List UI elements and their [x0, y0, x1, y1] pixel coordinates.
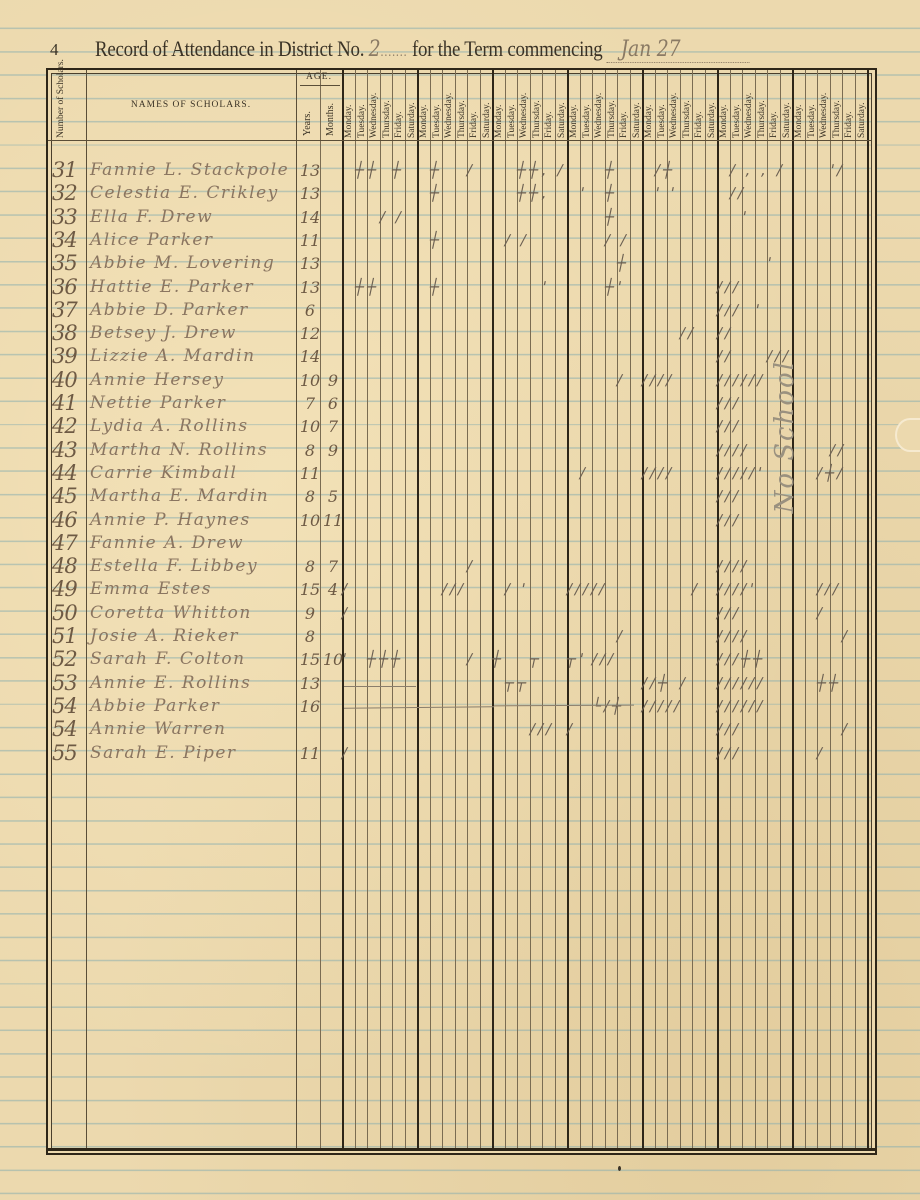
- age-months: 7: [322, 417, 344, 436]
- day-header-monday: Monday.: [643, 74, 655, 138]
- title-dots: .......: [380, 45, 407, 60]
- age-years: 6: [298, 301, 322, 320]
- age-years: 15: [298, 650, 322, 669]
- attendance-tally-mark: └/┼: [590, 697, 626, 715]
- scholar-name: Martha N. Rollins: [90, 440, 300, 460]
- attendance-tally-mark: ///: [715, 720, 743, 738]
- scholar-number: 42: [52, 414, 90, 438]
- attendance-tally-mark: ┬': [565, 650, 588, 668]
- scholar-name: Nettie Parker: [90, 393, 300, 413]
- scholar-row: 37Abbie D. Parker6: [48, 300, 871, 323]
- scholar-number: 31: [52, 158, 90, 182]
- attendance-tally-mark: ┼┼: [515, 184, 543, 202]
- age-header-rule: [300, 85, 340, 86]
- header-years: Years.: [302, 92, 316, 136]
- scholar-name: Estella F. Libbey: [90, 556, 300, 576]
- attendance-tally-mark: ┬┬: [503, 674, 531, 692]
- attendance-tally-mark: /////: [565, 580, 609, 598]
- scholar-number: 47: [52, 531, 90, 555]
- age-years: 13: [298, 184, 322, 203]
- day-header-tuesday: Tuesday.: [431, 74, 443, 138]
- day-header-thursday: Thursday.: [756, 74, 768, 138]
- age-months: 9: [322, 371, 344, 390]
- attendance-tally-mark: / ': [503, 580, 530, 598]
- day-header-saturday: Saturday.: [481, 74, 493, 138]
- scholar-number: 37: [52, 298, 90, 322]
- age-years: 10: [298, 417, 322, 436]
- day-header-wednesday: Wednesday.: [818, 74, 830, 138]
- ink-spot: [618, 1166, 621, 1171]
- day-header-tuesday: Tuesday.: [581, 74, 593, 138]
- age-years: 12: [298, 324, 322, 343]
- page-title: Record of Attendance in District No. 2..…: [95, 36, 750, 63]
- scholar-number: 51: [52, 624, 90, 648]
- day-header-wednesday: Wednesday.: [518, 74, 530, 138]
- attendance-tally-mark: ///: [715, 394, 743, 412]
- scholar-row: 42Lydia A. Rollins107: [48, 416, 871, 439]
- attendance-tally-mark: ////: [715, 441, 751, 459]
- attendance-tally-mark: ┼': [603, 278, 626, 296]
- page-number: 4: [50, 40, 59, 60]
- age-months: 9: [322, 441, 344, 460]
- header-age: AGE.: [296, 72, 342, 82]
- attendance-tally-mark: ///: [715, 511, 743, 529]
- attendance-tally-mark: ┼┼: [515, 161, 543, 179]
- scholar-name: Martha E. Mardin: [90, 486, 300, 506]
- attendance-tally-mark: / /: [503, 231, 531, 249]
- day-header-thursday: Thursday.: [456, 74, 468, 138]
- scholar-number: 35: [52, 251, 90, 275]
- attendance-tally-mark: ///: [715, 487, 743, 505]
- scholar-row: 50Coretta Whitton9: [48, 603, 871, 626]
- attendance-tally-mark: ┼┼┼: [365, 650, 405, 668]
- day-header-monday: Monday.: [718, 74, 730, 138]
- day-header-wednesday: Wednesday.: [593, 74, 605, 138]
- scholar-number: 53: [52, 671, 90, 695]
- attendance-tally-mark: ///: [715, 744, 743, 762]
- day-header-monday: Monday.: [793, 74, 805, 138]
- scholar-number: 48: [52, 554, 90, 578]
- attendance-tally-mark: ////: [715, 557, 751, 575]
- age-years: 13: [298, 161, 322, 180]
- binder-punch-hole: [895, 418, 920, 452]
- day-header-tuesday: Tuesday.: [506, 74, 518, 138]
- age-months: 6: [322, 394, 344, 413]
- age-years: 11: [298, 231, 322, 250]
- day-header-thursday: Thursday.: [831, 74, 843, 138]
- scholar-number: 54: [52, 717, 90, 741]
- day-header-wednesday: Wednesday.: [668, 74, 680, 138]
- day-header-saturday: Saturday.: [631, 74, 643, 138]
- scholar-row: 34Alice Parker11: [48, 230, 871, 253]
- attendance-tally-mark: ///: [440, 580, 468, 598]
- day-header-tuesday: Tuesday.: [731, 74, 743, 138]
- age-years: 7: [298, 394, 322, 413]
- day-header-thursday: Thursday.: [531, 74, 543, 138]
- scholar-number: 43: [52, 438, 90, 462]
- day-header-tuesday: Tuesday.: [356, 74, 368, 138]
- day-header-friday: Friday.: [693, 74, 705, 138]
- day-header-thursday: Thursday.: [381, 74, 393, 138]
- no-school-annotation: No School: [770, 360, 850, 513]
- attendance-tally-mark: ///: [815, 580, 843, 598]
- age-months: 7: [322, 557, 344, 576]
- day-header-wednesday: Wednesday.: [743, 74, 755, 138]
- scholar-row: 39Lizzie A. Mardin14: [48, 346, 871, 369]
- scholar-row: 41Nettie Parker76: [48, 393, 871, 416]
- scholar-row: 35Abbie M. Lovering13: [48, 253, 871, 276]
- age-years: 13: [298, 674, 322, 693]
- attendance-tally-mark: ///: [715, 417, 743, 435]
- age-years: 10: [298, 511, 322, 530]
- scholar-name: Hattie E. Parker: [90, 277, 300, 297]
- header-months: Months.: [325, 92, 339, 136]
- term-commencing-date: Jan 27: [607, 37, 750, 63]
- scholar-number: 55: [52, 741, 90, 765]
- header-names-of-scholars: NAMES OF SCHOLARS.: [86, 100, 296, 110]
- scholar-name: Annie Warren: [90, 719, 300, 739]
- day-header-wednesday: Wednesday.: [443, 74, 455, 138]
- day-header-friday: Friday.: [393, 74, 405, 138]
- day-header-saturday: Saturday.: [781, 74, 793, 138]
- attendance-tally-mark: , /: [540, 161, 567, 179]
- attendance-tally-mark: / , , /: [728, 161, 787, 179]
- scholar-row: 46Annie P. Haynes1011: [48, 510, 871, 533]
- day-header-monday: Monday.: [568, 74, 580, 138]
- scholar-name: Annie E. Rollins: [90, 673, 300, 693]
- scholar-number: 33: [52, 205, 90, 229]
- scholar-number: 34: [52, 228, 90, 252]
- scholar-number: 40: [52, 368, 90, 392]
- age-years: 8: [298, 627, 322, 646]
- title-middle: for the Term commencing: [412, 36, 602, 61]
- pencil-line: [344, 686, 416, 687]
- scholar-number: 49: [52, 577, 90, 601]
- age-years: 8: [298, 441, 322, 460]
- attendance-tally-mark: /////: [640, 697, 684, 715]
- age-years: 9: [298, 604, 322, 623]
- attendance-tally-mark: / /: [603, 231, 631, 249]
- attendance-tally-mark: ////: [640, 371, 676, 389]
- scholar-name: Coretta Whitton: [90, 603, 300, 623]
- scholar-number: 52: [52, 647, 90, 671]
- attendance-tally-mark: ////: [640, 464, 676, 482]
- age-years: 13: [298, 254, 322, 273]
- scholar-row: 54Annie Warren: [48, 719, 871, 742]
- attendance-tally-mark: ┼┼: [353, 161, 381, 179]
- scholar-row: 32Celestia E. Crikley13: [48, 183, 871, 206]
- age-months: 11: [322, 511, 344, 530]
- scholar-name: Emma Estes: [90, 579, 300, 599]
- day-header-friday: Friday.: [543, 74, 555, 138]
- day-header-saturday: Saturday.: [856, 74, 868, 138]
- attendance-tally-mark: ///: [715, 604, 743, 622]
- scholar-number: 46: [52, 508, 90, 532]
- age-years: 14: [298, 347, 322, 366]
- day-header-friday: Friday.: [843, 74, 855, 138]
- attendance-tally-mark: //////: [715, 674, 767, 692]
- scholar-name: Annie P. Haynes: [90, 510, 300, 530]
- scholar-number: 44: [52, 461, 90, 485]
- age-years: 11: [298, 744, 322, 763]
- day-header-thursday: Thursday.: [606, 74, 618, 138]
- district-number: 2: [369, 37, 381, 62]
- attendance-tally-mark: ///: [590, 650, 618, 668]
- attendance-tally-mark: /┼: [653, 161, 677, 179]
- attendance-tally-mark: ┼┼: [353, 278, 381, 296]
- day-header-thursday: Thursday.: [681, 74, 693, 138]
- attendance-tally-mark: ///: [528, 720, 556, 738]
- scholar-name: Betsey J. Drew: [90, 323, 300, 343]
- scholar-name: Sarah F. Colton: [90, 649, 300, 669]
- attendance-tally-mark: //┼: [640, 674, 672, 692]
- attendance-tally-mark: ///: [715, 301, 743, 319]
- scholar-number: 50: [52, 601, 90, 625]
- day-header-monday: Monday.: [493, 74, 505, 138]
- scholar-name: Fannie A. Drew: [90, 533, 300, 553]
- day-header-monday: Monday.: [343, 74, 355, 138]
- title-prefix: Record of Attendance in District No.: [95, 36, 364, 61]
- scholar-number: 36: [52, 275, 90, 299]
- scholar-number: 41: [52, 391, 90, 415]
- day-header-wednesday: Wednesday.: [368, 74, 380, 138]
- age-years: 15: [298, 580, 322, 599]
- age-years: 8: [298, 487, 322, 506]
- day-header-saturday: Saturday.: [556, 74, 568, 138]
- scholar-number: 45: [52, 484, 90, 508]
- day-header-tuesday: Tuesday.: [656, 74, 668, 138]
- attendance-tally-mark: ////: [715, 627, 751, 645]
- attendance-tally-mark: //////: [715, 697, 767, 715]
- scholar-name: Ella F. Drew: [90, 207, 300, 227]
- scholar-name: Abbie D. Parker: [90, 300, 300, 320]
- attendance-tally-mark: ///┼┼: [715, 650, 767, 668]
- scholar-name: Carrie Kimball: [90, 463, 300, 483]
- scholar-row: 47Fannie A. Drew: [48, 533, 871, 556]
- scholar-name: Fannie L. Stackpole: [90, 160, 300, 180]
- day-header-friday: Friday.: [468, 74, 480, 138]
- age-years: 13: [298, 278, 322, 297]
- age-years: 14: [298, 208, 322, 227]
- scholar-row: 55Sarah E. Piper11: [48, 743, 871, 766]
- attendance-tally-mark: ///: [715, 278, 743, 296]
- attendance-tally-mark: ////': [715, 580, 758, 598]
- scholar-row: 45Martha E. Mardin85: [48, 486, 871, 509]
- scholar-name: Celestia E. Crikley: [90, 183, 300, 203]
- attendance-tally-mark: ' ': [653, 184, 679, 202]
- scholar-number: 39: [52, 344, 90, 368]
- attendance-tally-mark: ┼┼: [815, 674, 843, 692]
- scholar-name: Annie Hersey: [90, 370, 300, 390]
- attendance-tally-mark: /////': [715, 464, 766, 482]
- age-years: 11: [298, 464, 322, 483]
- age-years: 10: [298, 371, 322, 390]
- scholar-name: Josie A. Rieker: [90, 626, 300, 646]
- age-years: 8: [298, 557, 322, 576]
- day-header-friday: Friday.: [768, 74, 780, 138]
- day-header-monday: Monday.: [418, 74, 430, 138]
- age-months: 5: [322, 487, 344, 506]
- age-years: 16: [298, 697, 322, 716]
- scholar-row: 38Betsey J. Drew12: [48, 323, 871, 346]
- day-header-friday: Friday.: [618, 74, 630, 138]
- day-header-saturday: Saturday.: [706, 74, 718, 138]
- table-bottom-rule: [46, 1148, 875, 1151]
- header-number-of-scholars: Number of Scholars.: [56, 78, 80, 138]
- attendance-tally-mark: //////: [715, 371, 767, 389]
- scholar-row: 36Hattie E. Parker13: [48, 277, 871, 300]
- scholar-number: 38: [52, 321, 90, 345]
- scholar-name: Lydia A. Rollins: [90, 416, 300, 436]
- header-bottom-rule: [48, 140, 871, 141]
- scholar-name: Lizzie A. Mardin: [90, 346, 300, 366]
- scholar-number: 32: [52, 181, 90, 205]
- attendance-tally-mark: / /: [378, 208, 406, 226]
- scholar-name: Alice Parker: [90, 230, 300, 250]
- day-header-tuesday: Tuesday.: [806, 74, 818, 138]
- scholar-number: 54: [52, 694, 90, 718]
- scholar-name: Abbie M. Lovering: [90, 253, 300, 273]
- day-header-saturday: Saturday.: [406, 74, 418, 138]
- scholar-name: Sarah E. Piper: [90, 743, 300, 763]
- scholar-name: Abbie Parker: [90, 696, 300, 716]
